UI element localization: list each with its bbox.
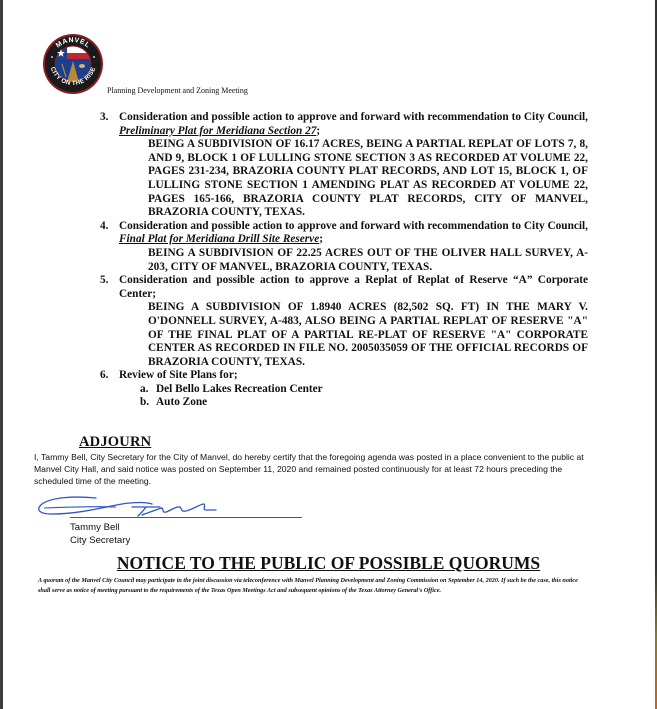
agenda-item-5: 5. Consideration and possible action to …: [100, 274, 588, 369]
preliminary-plat-link[interactable]: Preliminary Plat for Meridiana Section 2…: [119, 125, 316, 137]
adjourn-heading: ADJOURN: [79, 434, 151, 451]
city-seal-logo: MANVEL CITY ON THE RISE: [42, 33, 104, 95]
item-number: 4.: [100, 220, 108, 234]
agenda-item-4: 4. Consideration and possible action to …: [100, 220, 588, 274]
item-heading: Review of Site Plans for;: [119, 369, 588, 383]
notice-heading: NOTICE TO THE PUBLIC OF POSSIBLE QUORUMS: [0, 553, 657, 574]
sub-item-b: b. Auto Zone: [119, 396, 588, 410]
item-description: BEING A SUBDIVISION OF 22.25 ACRES OUT O…: [148, 247, 588, 274]
sub-item-a: a. Del Bello Lakes Recreation Center: [119, 383, 588, 397]
item-number: 5.: [100, 274, 108, 288]
sub-item-text: Del Bello Lakes Recreation Center: [156, 383, 323, 395]
signature-line: [70, 517, 302, 518]
item-number: 6.: [100, 369, 108, 383]
sub-item-letter: b.: [140, 396, 149, 410]
sub-item-text: Auto Zone: [156, 396, 207, 408]
final-plat-link[interactable]: Final Plat for Meridiana Drill Site Rese…: [119, 233, 319, 245]
sub-item-letter: a.: [140, 383, 148, 397]
item-heading: Consideration and possible action to app…: [119, 220, 588, 247]
signatory: Tammy Bell City Secretary: [70, 521, 130, 547]
item-heading: Consideration and possible action to app…: [119, 274, 588, 301]
signatory-name: Tammy Bell: [70, 521, 130, 534]
signatory-title: City Secretary: [70, 534, 130, 547]
certification-text: I, Tammy Bell, City Secretary for the Ci…: [34, 451, 590, 487]
agenda-item-3: 3. Consideration and possible action to …: [100, 111, 588, 220]
item-description: BEING A SUBDIVISION OF 16.17 ACRES, BEIN…: [148, 138, 588, 220]
page-left-edge: [0, 0, 3, 709]
meeting-title: Planning Development and Zoning Meeting: [107, 86, 248, 95]
notice-body: A quorum of the Manvel City Council may …: [38, 576, 586, 596]
item-number: 3.: [100, 111, 108, 125]
item-description: BEING A SUBDIVISION OF 1.8940 ACRES (82,…: [148, 301, 588, 369]
agenda-list: 3. Consideration and possible action to …: [100, 111, 588, 410]
item-heading: Consideration and possible action to app…: [119, 111, 588, 138]
agenda-item-6: 6. Review of Site Plans for; a. Del Bell…: [100, 369, 588, 410]
